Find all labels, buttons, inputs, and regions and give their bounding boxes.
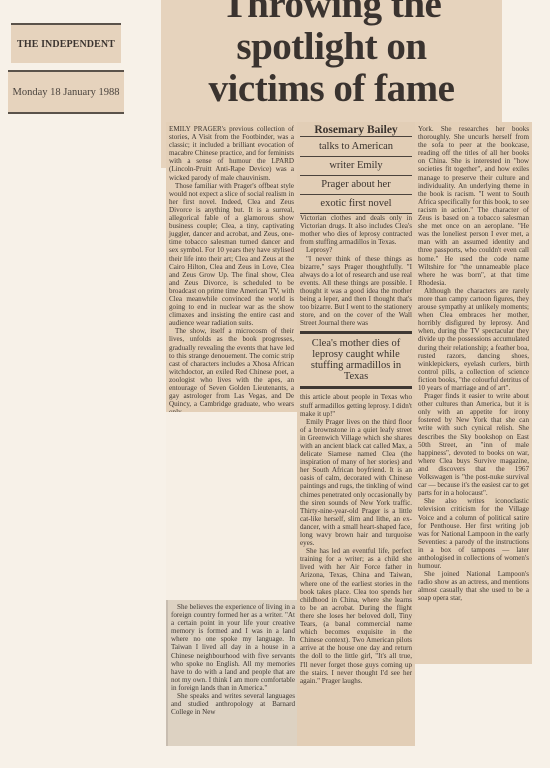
column-1-bottom: She believes the experience of living in…: [166, 600, 298, 746]
paragraph: She believes the experience of living in…: [171, 603, 295, 692]
paragraph: Prager finds it easier to write about ot…: [418, 392, 529, 497]
headline: Throwing the spotlight on victims of fam…: [161, 0, 502, 110]
column-1-top: EMILY PRAGER's previous collection of st…: [166, 122, 297, 412]
paragraph: this article about people in Texas who s…: [300, 393, 412, 417]
paragraph: She also writes iconoclastic television …: [418, 497, 529, 570]
dateline-clipping: Monday 18 January 1988: [8, 70, 124, 114]
paragraph: She has led an eventful life, perfect tr…: [300, 547, 412, 685]
paragraph: Those familiar with Prager's offbeat sty…: [169, 182, 294, 328]
paragraph: The show, itself a microcosm of their li…: [169, 327, 294, 416]
paragraph: "I never think of these things as bizarr…: [300, 255, 412, 328]
paragraph: Leprosy?: [300, 246, 412, 254]
column-3: York. She researches her books thoroughl…: [415, 122, 532, 664]
blank-gap: [166, 412, 297, 600]
pull-quote: Clea's mother dies of leprosy caught whi…: [300, 331, 412, 389]
paragraph: She joined National Lampoon's radio show…: [418, 570, 529, 602]
paragraph: York. She researches her books thoroughl…: [418, 125, 529, 287]
standfirst: talks to American writer Emily Prager ab…: [300, 138, 412, 214]
masthead-clipping: THE INDEPENDENT: [11, 23, 121, 63]
paragraph: EMILY PRAGER's previous collection of st…: [169, 125, 294, 182]
publication-name: THE INDEPENDENT: [17, 39, 115, 50]
paragraph: Although the characters are rarely more …: [418, 287, 529, 392]
paragraph: Victorian clothes and deals only in Vict…: [300, 214, 412, 246]
byline: Rosemary Bailey: [300, 122, 412, 137]
publication-date: Monday 18 January 1988: [12, 87, 119, 98]
paragraph: Emily Prager lives on the third floor of…: [300, 418, 412, 548]
column-2: Rosemary Bailey talks to American writer…: [297, 122, 415, 746]
paragraph: She speaks and writes several languages …: [171, 692, 295, 716]
